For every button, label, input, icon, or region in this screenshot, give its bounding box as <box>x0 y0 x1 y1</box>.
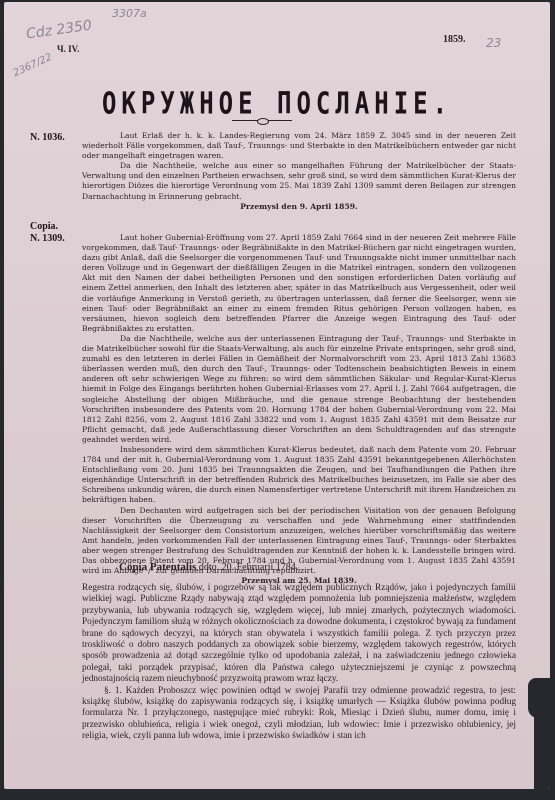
section-number-1036: N. 1036. <box>30 132 65 143</box>
page-mark-annotation: 23 <box>486 36 501 50</box>
paragraph: Da die Nachtheile, welche aus der unterl… <box>82 334 516 445</box>
heading-date: ddto. 20. Februarii 1784. <box>199 562 298 573</box>
torn-edge <box>534 712 550 789</box>
section-signature: Przemysl den 9. April 1859. <box>82 202 516 212</box>
signature-annotation: Cdz 2350 <box>25 17 93 42</box>
year-label: 1859. <box>443 34 466 45</box>
paragraph: Regestra rodzących się, ślubów, i pogrze… <box>82 583 516 686</box>
page-title: ОКРУЖНОЕ ПОСЛАНIЕ. <box>4 86 550 121</box>
document-page: 3307a Cdz 2350 2367/22 23 Ч. IV. 1859. О… <box>4 2 550 789</box>
part-label: Ч. IV. <box>57 44 79 54</box>
patent-body: Regestra rodzących się, ślubów, i pogrze… <box>82 583 516 743</box>
section-1309-body: Laut hoher Gubernial-Eröffnung vom 27. A… <box>82 233 516 586</box>
paragraph: §. 1. Każden Proboszcz więc powinien odt… <box>82 686 516 743</box>
paragraph: Insbesondere wird dem sämmtlichen Kurat-… <box>82 445 516 506</box>
section-number-1309: N. 1309. <box>30 233 65 244</box>
archive-number-annotation: 3307a <box>112 7 147 20</box>
paragraph: Laut hoher Gubernial-Eröffnung vom 27. A… <box>82 233 516 334</box>
paragraph: Da die Nachtheile, welche aus einer so m… <box>82 161 516 201</box>
paragraph: Laut Erlaß der h. k. k. Landes-Regierung… <box>82 131 516 161</box>
section-1036-body: Laut Erlaß der h. k. k. Landes-Regierung… <box>82 131 516 212</box>
catalog-annotation: 2367/22 <box>12 52 54 80</box>
heading-bold: Copia Patentalis <box>119 561 196 573</box>
copia-label: Copia. <box>30 221 58 232</box>
title-ornament-divider <box>232 118 292 124</box>
copia-patentalis-heading: Copia Patentalis ddto. 20. Februarii 178… <box>119 561 298 573</box>
